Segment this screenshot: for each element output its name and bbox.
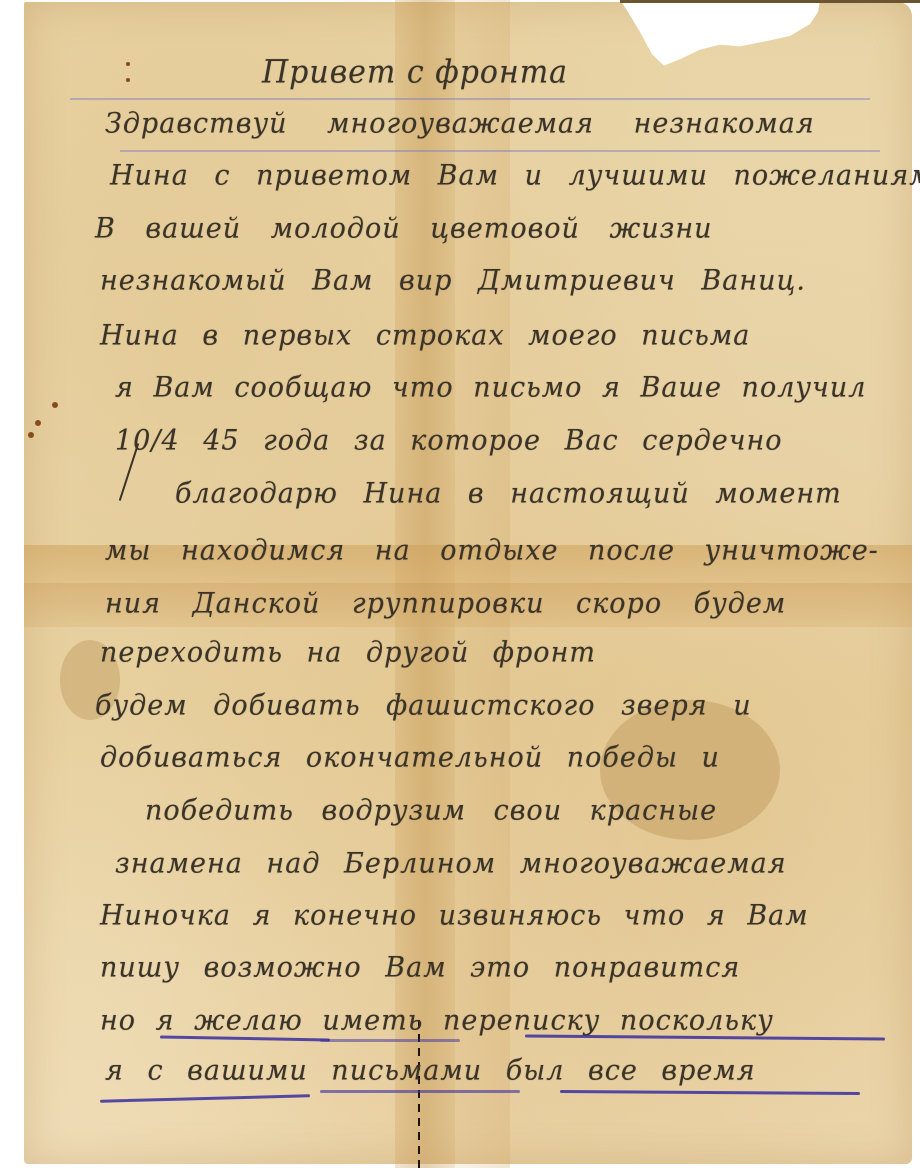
letter-line: незнакомый Вам вир Дмитриевич Ваниц. (100, 264, 806, 297)
ink-underline (320, 1090, 520, 1093)
letter-line: я Вам сообщаю что письмо я Ваше получил (115, 371, 866, 404)
letter-line: но я желаю иметь переписку поскольку (100, 1004, 774, 1037)
letter-line: В вашей молодой цветовой жизни (95, 212, 713, 245)
ruled-line (70, 98, 870, 100)
letter-line: я с вашими письмами был все время (105, 1054, 756, 1087)
letter-line: Нина в первых строках моего письма (100, 319, 750, 352)
letter-line: переходить на другой фронт (100, 636, 596, 669)
scan-edge (620, 0, 920, 3)
ink-underline (320, 1039, 460, 1042)
fold-tear-line (418, 1020, 420, 1168)
letter-line: будем добивать фашистского зверя и (95, 689, 752, 722)
letter-line: ния Данской группировки скоро будем (105, 587, 786, 620)
letter-line: добиваться окончательной победы и (100, 741, 720, 774)
letter-line: Здравствуй многоуважаемая незнакомая (105, 107, 815, 140)
letter-line: Нина с приветом Вам и лучшими пожеланиям… (110, 159, 920, 192)
rust-spot (126, 78, 130, 82)
letter-title: Привет с фронта (262, 54, 568, 91)
rust-spot (126, 62, 130, 66)
page-background: Привет с фронта Здравствуй многоуважаема… (0, 0, 920, 1168)
ruled-line (120, 150, 880, 152)
rust-spot (35, 420, 41, 426)
letter-line: благодарю Нина в настоящий момент (175, 477, 842, 510)
letter-line: победить водрузим свои красные (145, 794, 717, 827)
letter-line: знамена над Берлином многоуважаемая (115, 847, 787, 880)
letter-line: 10/4 45 года за которое Вас сердечно (115, 424, 783, 457)
letter-line: Ниночка я конечно извиняюсь что я Вам (100, 899, 809, 932)
rust-spot (52, 402, 58, 408)
rust-spot (28, 432, 34, 438)
letter-line: мы находимся на отдыхе после уничтоже- (105, 534, 879, 567)
letter-line: пишу возможно Вам это понравится (100, 951, 740, 984)
